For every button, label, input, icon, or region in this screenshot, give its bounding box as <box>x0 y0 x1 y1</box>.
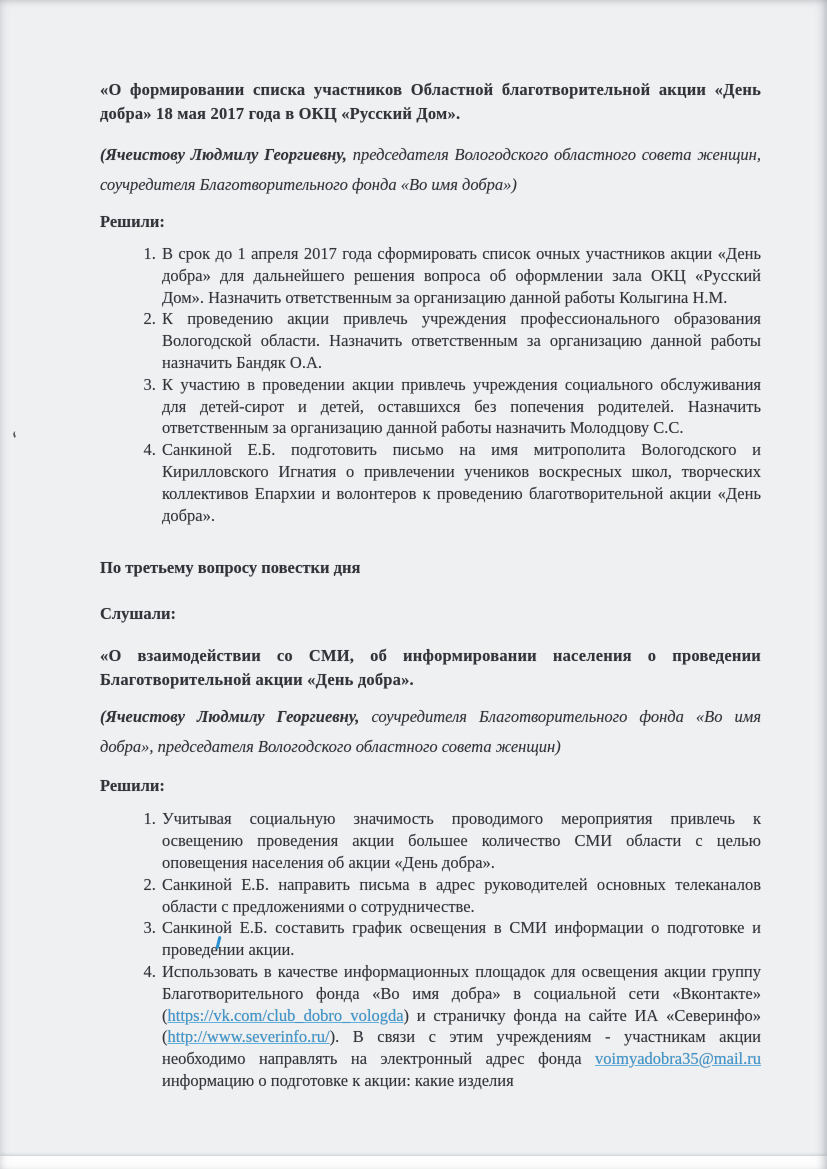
text-run: К проведению акции привлечь учреждения п… <box>162 309 761 372</box>
text-run: Санкиной Е.Б. составить график освещения… <box>162 918 761 959</box>
addressee-name: (Ячеистову Людмилу Георгиевну, <box>100 707 359 726</box>
question3-addressee: (Ячеистову Людмилу Георгиевну, соучредит… <box>100 702 761 762</box>
resolution-item: В срок до 1 апреля 2017 года сформироват… <box>160 243 761 308</box>
resolved-heading-q2: Решили: <box>100 210 761 234</box>
text-run: информацию о подготовке к акции: какие и… <box>162 1071 514 1090</box>
resolutions-list-q3: Учитывая социальную значимость проводимо… <box>100 808 761 1091</box>
hyperlink[interactable]: voimyadobra35@mail.ru <box>595 1049 761 1068</box>
hyperlink[interactable]: http://www.severinfo.ru/ <box>168 1027 330 1046</box>
document-content: «О формировании списка участников Област… <box>100 78 761 1092</box>
text-run: Санкиной Е.Б. направить письма в адрес р… <box>162 875 761 916</box>
resolutions-list-q2: В срок до 1 апреля 2017 года сформироват… <box>100 243 761 526</box>
text-run: Учитывая социальную значимость проводимо… <box>162 809 761 872</box>
resolution-item: Санкиной Е.Б. подготовить письмо на имя … <box>160 439 761 526</box>
question2-addressee: (Ячеистову Людмилу Георгиевну, председат… <box>100 140 761 200</box>
scan-edge <box>0 1156 827 1169</box>
addressee-name: (Ячеистову Людмилу Георгиевну, <box>100 145 347 164</box>
resolution-item: К участию в проведении акции привлечь уч… <box>160 374 761 439</box>
question2-title: «О формировании списка участников Област… <box>100 78 761 126</box>
resolution-item: К проведению акции привлечь учреждения п… <box>160 308 761 373</box>
question3-title: «О взаимодействии со СМИ, об информирова… <box>100 644 761 692</box>
resolved-heading-q3: Решили: <box>100 774 761 798</box>
resolution-item: Учитывая социальную значимость проводимо… <box>160 808 761 873</box>
hyperlink[interactable]: https://vk.com/club_dobro_vologda <box>168 1006 404 1025</box>
resolution-item: Использовать в качестве информационных п… <box>160 961 761 1092</box>
ink-speck <box>12 430 20 438</box>
text-run: В срок до 1 апреля 2017 года сформироват… <box>162 244 761 307</box>
resolution-item: Санкиной Е.Б. направить письма в адрес р… <box>160 874 761 918</box>
text-run: Санкиной Е.Б. подготовить письмо на имя … <box>162 440 761 524</box>
question3-section-heading: По третьему вопросу повестки дня <box>100 556 761 580</box>
text-run: К участию в проведении акции привлечь уч… <box>162 375 761 438</box>
scanned-document-page: «О формировании списка участников Област… <box>0 0 827 1169</box>
resolution-item: Санкиной Е.Б. составить график освещения… <box>160 917 761 961</box>
heard-heading: Слушали: <box>100 602 761 626</box>
